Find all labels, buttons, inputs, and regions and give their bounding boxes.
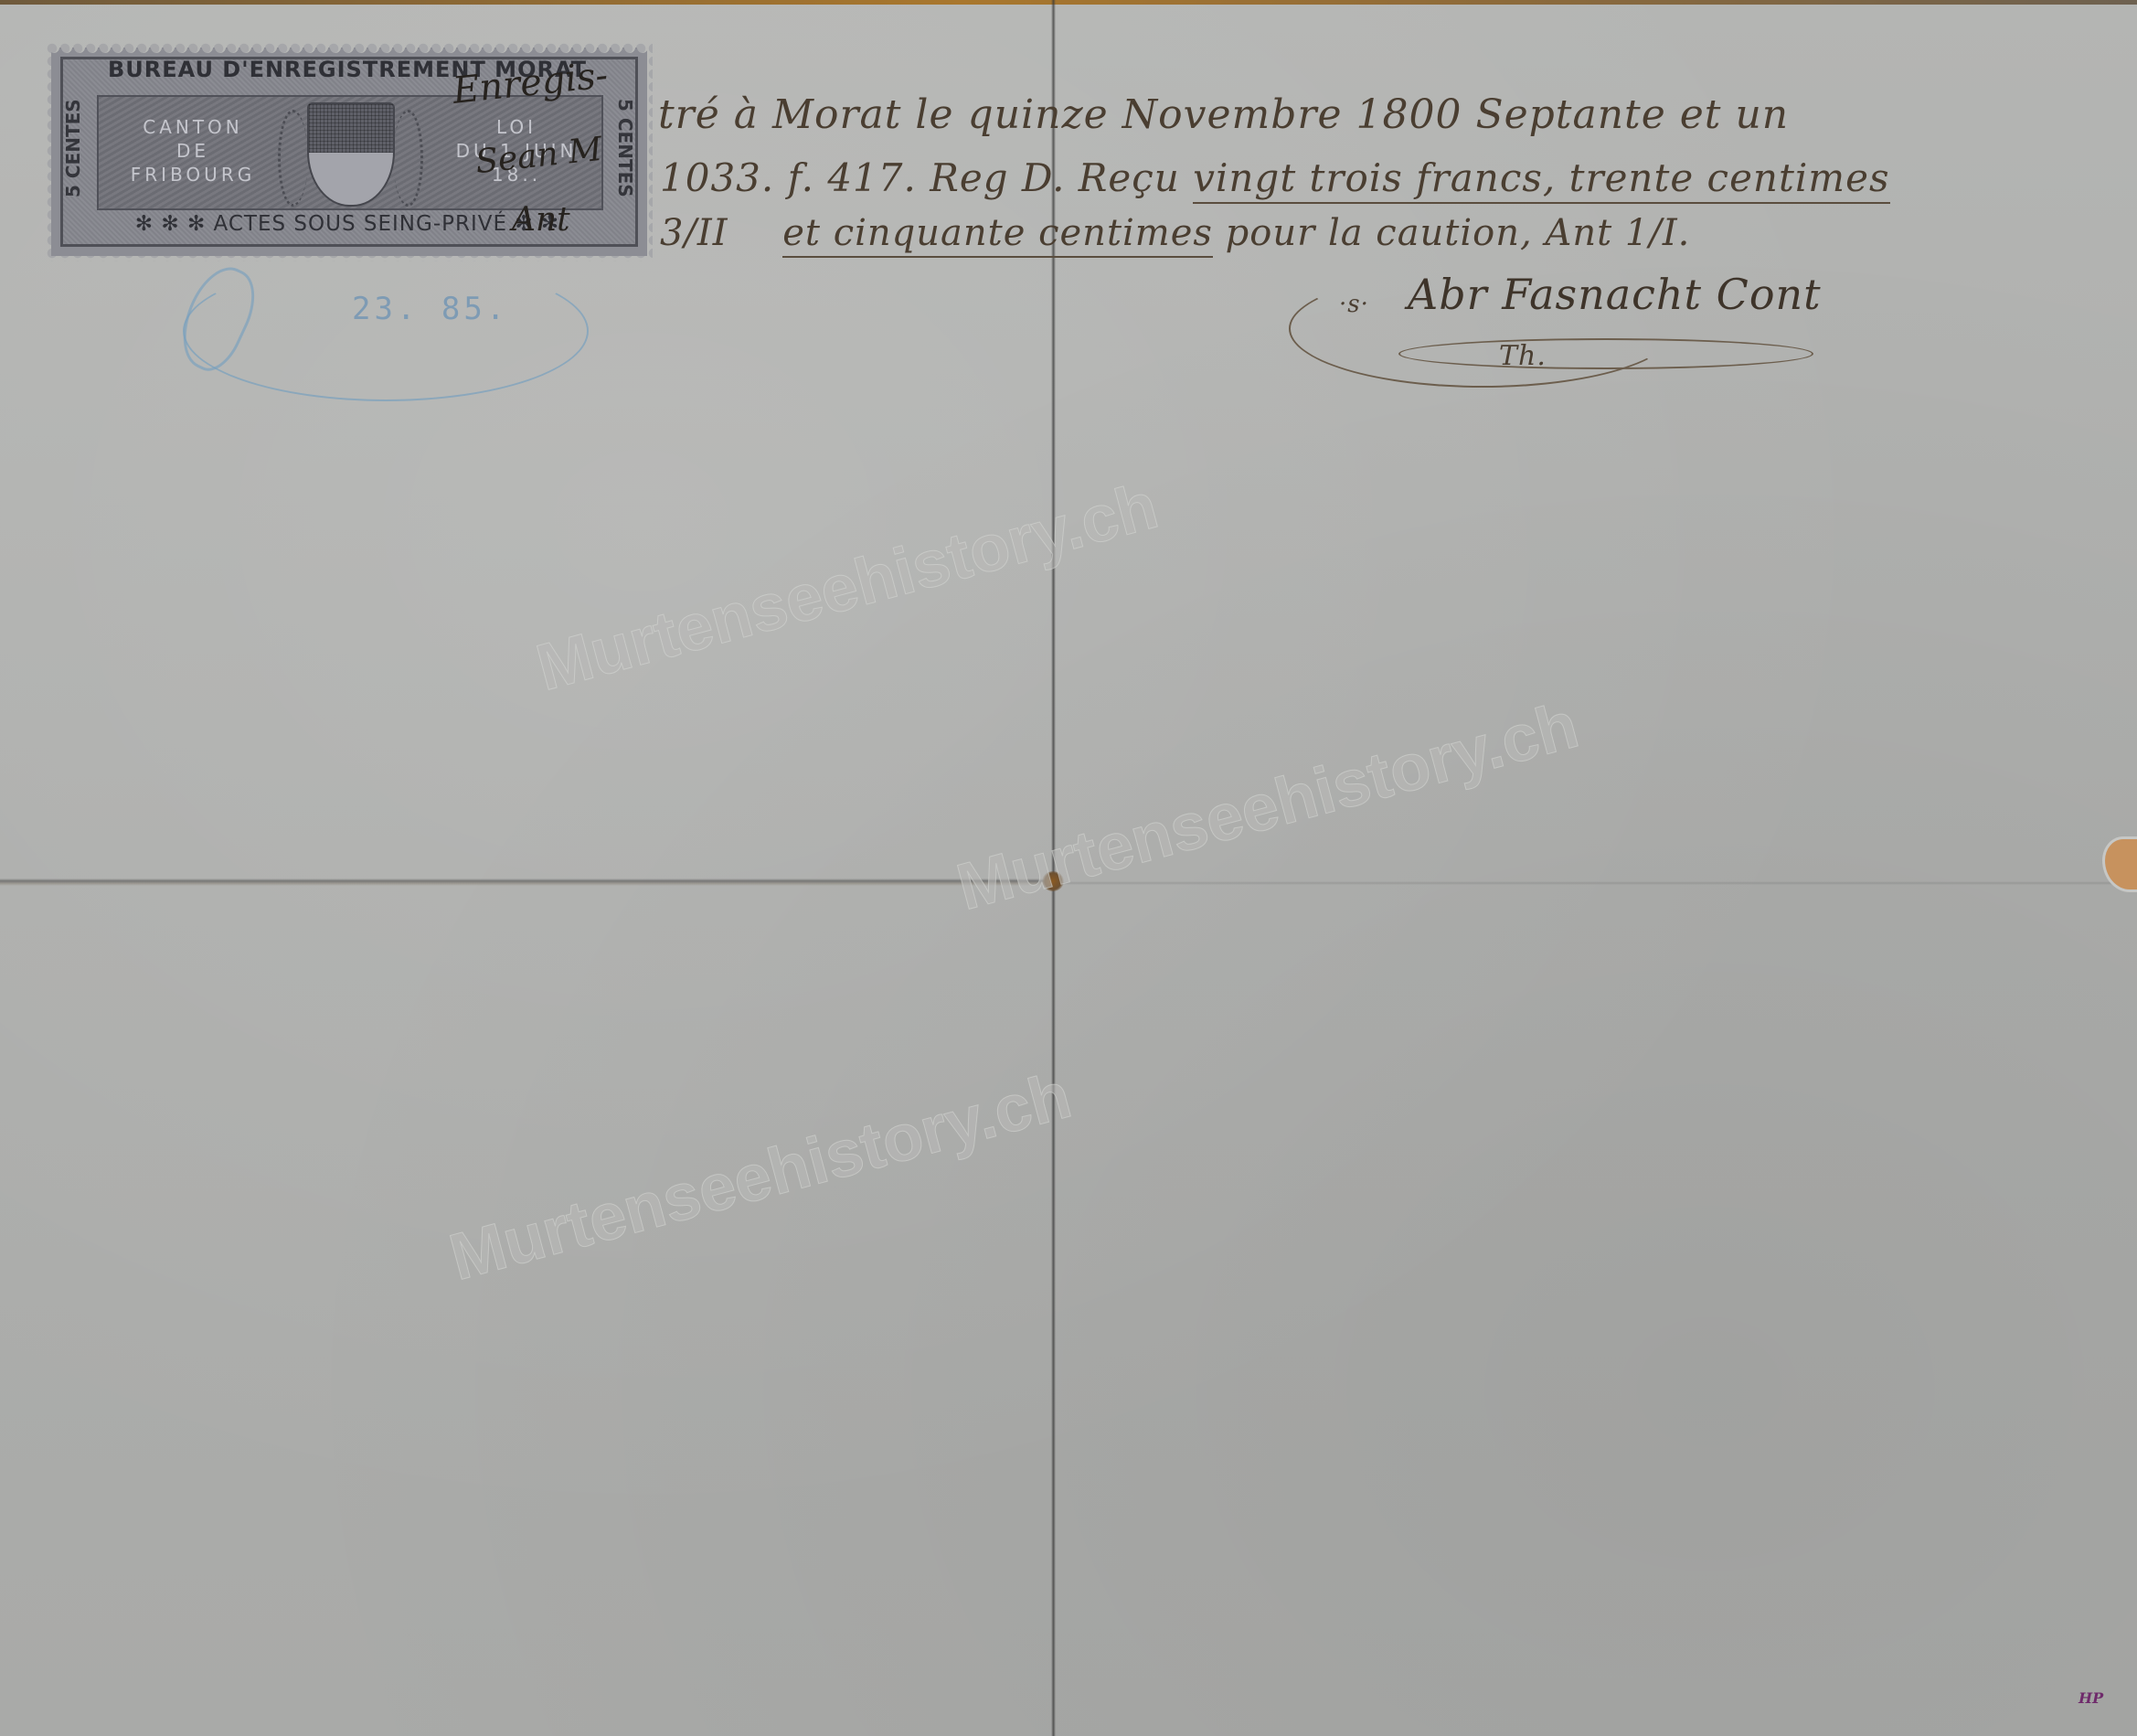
signature: Abr Fasnacht Cont — [1408, 270, 1822, 319]
amount-francs: vingt trois francs, trente centimes — [1193, 155, 1889, 204]
horizontal-fold-line — [0, 879, 1053, 886]
horizontal-fold-line-faint — [1056, 881, 2137, 885]
stamp-denomination-left: 5 CENTES — [62, 84, 88, 212]
endorsement-line-1: tré à Morat le quinze Novembre 1800 Sept… — [658, 91, 1789, 138]
stamp-denomination-right: 5 CENTES — [611, 84, 636, 212]
endorsement-line-2: 1033. f. 417. Reg D. Reçu vingt trois fr… — [660, 155, 1890, 200]
stamp-canton-text: CANTON DE FRIBOURG — [115, 115, 271, 186]
blue-pencil-number: 23. 85. — [352, 291, 508, 327]
signature-prefix: ·s· — [1339, 291, 1369, 318]
amount-caution: et cinquante centimes — [782, 212, 1213, 258]
paper-top-edge — [0, 0, 2137, 5]
registration-reference: 1033. f. 417. Reg D. Reçu — [660, 155, 1180, 200]
archive-initials: HP — [2079, 1689, 2103, 1707]
article-reference: 3/II — [660, 212, 728, 254]
shield-icon — [307, 102, 395, 207]
wreath-right-icon — [393, 110, 423, 207]
endorsement-line-3: 3/II et cinquante centimes pour la cauti… — [660, 212, 1690, 254]
stamp-handwriting: Ant — [512, 201, 570, 239]
caution-text: pour la caution, Ant 1/I. — [1226, 212, 1691, 254]
wreath-left-icon — [278, 110, 308, 207]
signature-mark: Th. — [1499, 340, 1547, 372]
signature-flourish — [1398, 338, 1813, 369]
